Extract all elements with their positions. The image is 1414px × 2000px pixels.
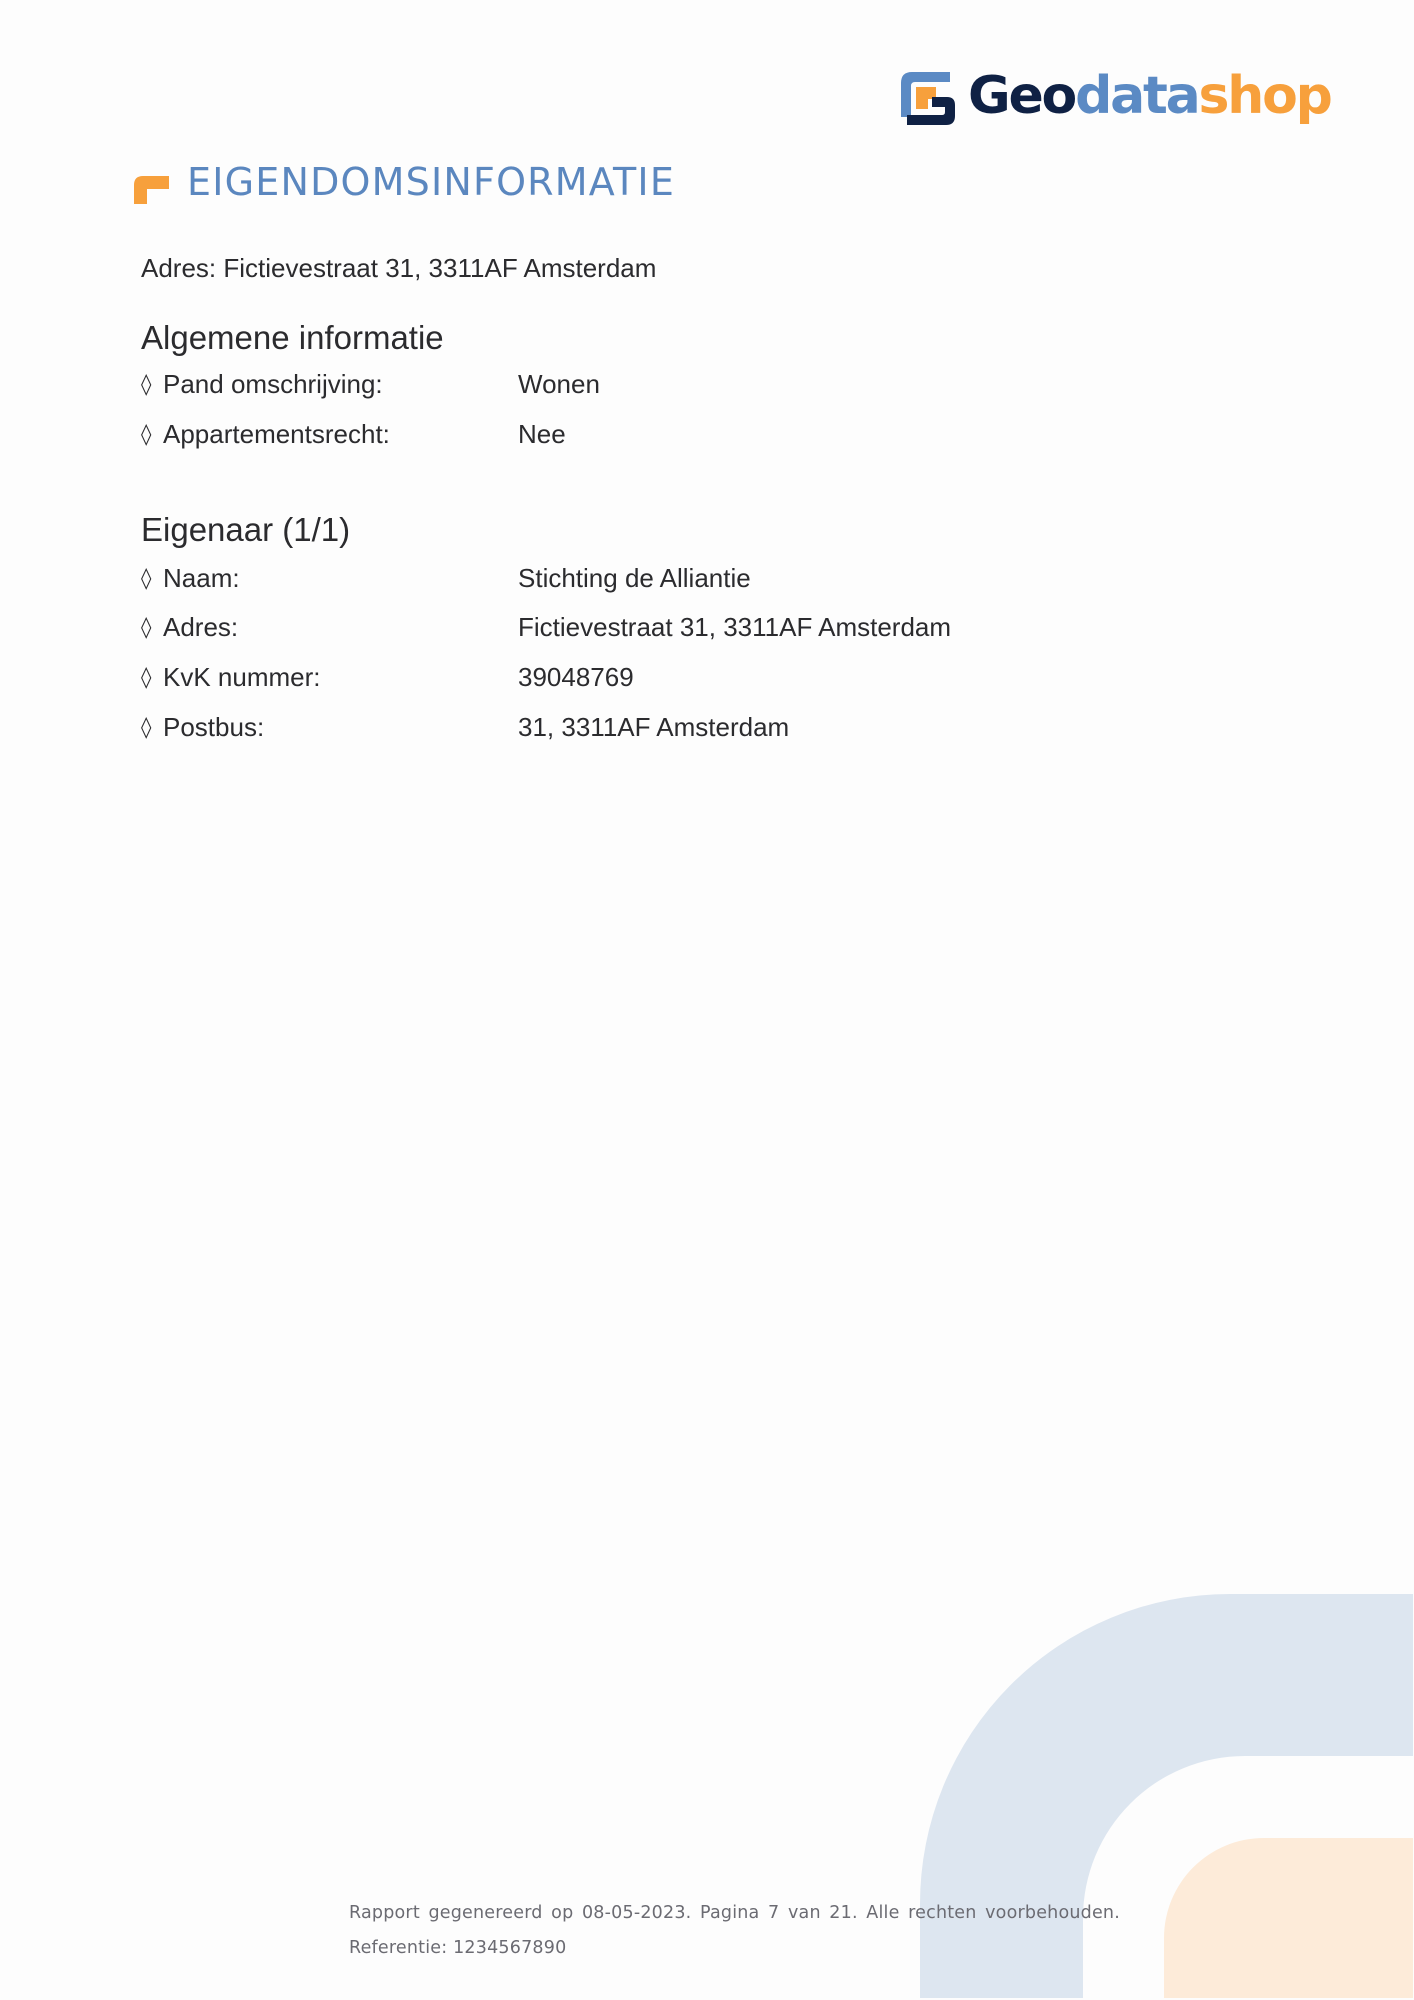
logo-wordmark: Geodatashop: [968, 70, 1331, 122]
info-label-text: Postbus:: [163, 709, 264, 745]
geodatashop-g-logo-icon: [899, 69, 957, 127]
owner-row-naam: ◊ Naam: Stichting de Alliantie: [141, 560, 1241, 596]
info-label: ◊ Adres:: [141, 609, 238, 645]
owner-row-adres: ◊ Adres: Fictievestraat 31, 3311AF Amste…: [141, 609, 1241, 645]
info-label-text: Pand omschrijving:: [163, 366, 383, 402]
diamond-bullet-icon: ◊: [141, 416, 163, 452]
decorative-corner-shapes: [0, 0, 1414, 2000]
owner-row-postbus: ◊ Postbus: 31, 3311AF Amsterdam: [141, 709, 1241, 745]
info-label-text: Adres:: [163, 609, 238, 645]
info-value: Nee: [518, 416, 566, 452]
diamond-bullet-icon: ◊: [141, 366, 163, 402]
diamond-bullet-icon: ◊: [141, 659, 163, 695]
info-row-appartementsrecht: ◊ Appartementsrecht: Nee: [141, 416, 1241, 452]
info-label: ◊ Naam:: [141, 560, 240, 596]
general-info-heading: Algemene informatie: [141, 318, 444, 358]
info-value: Wonen: [518, 366, 600, 402]
section-heading: EIGENDOMSINFORMATIE: [134, 160, 675, 204]
diamond-bullet-icon: ◊: [141, 709, 163, 745]
orange-corner-bracket-icon: [134, 176, 169, 204]
info-label-text: Naam:: [163, 560, 240, 596]
diamond-bullet-icon: ◊: [141, 609, 163, 645]
info-label: ◊ Postbus:: [141, 709, 264, 745]
geodatashop-logo: Geodatashop: [899, 66, 1331, 130]
property-address: Adres: Fictievestraat 31, 3311AF Amsterd…: [141, 252, 656, 284]
decorative-orange-block: [1164, 1838, 1413, 1998]
page-footer: Rapport gegenereerd op 08-05-2023. Pagin…: [349, 1896, 1120, 1966]
info-value: 39048769: [518, 659, 634, 695]
info-label: ◊ Appartementsrecht:: [141, 416, 390, 452]
logo-word-geo: Geo: [968, 66, 1075, 126]
diamond-bullet-icon: ◊: [141, 560, 163, 596]
info-value: Fictievestraat 31, 3311AF Amsterdam: [518, 609, 951, 645]
page-title: EIGENDOMSINFORMATIE: [187, 163, 675, 201]
info-value: Stichting de Alliantie: [518, 560, 751, 596]
info-value: 31, 3311AF Amsterdam: [518, 709, 789, 745]
owner-heading: Eigenaar (1/1): [141, 510, 350, 550]
info-row-pand-omschrijving: ◊ Pand omschrijving: Wonen: [141, 366, 1241, 402]
logo-word-shop: shop: [1199, 66, 1331, 126]
owner-row-kvk-nummer: ◊ KvK nummer: 39048769: [141, 659, 1241, 695]
info-label-text: KvK nummer:: [163, 659, 321, 695]
info-label: ◊ KvK nummer:: [141, 659, 321, 695]
info-label: ◊ Pand omschrijving:: [141, 366, 383, 402]
logo-word-data: data: [1075, 66, 1198, 126]
info-label-text: Appartementsrecht:: [163, 416, 390, 452]
